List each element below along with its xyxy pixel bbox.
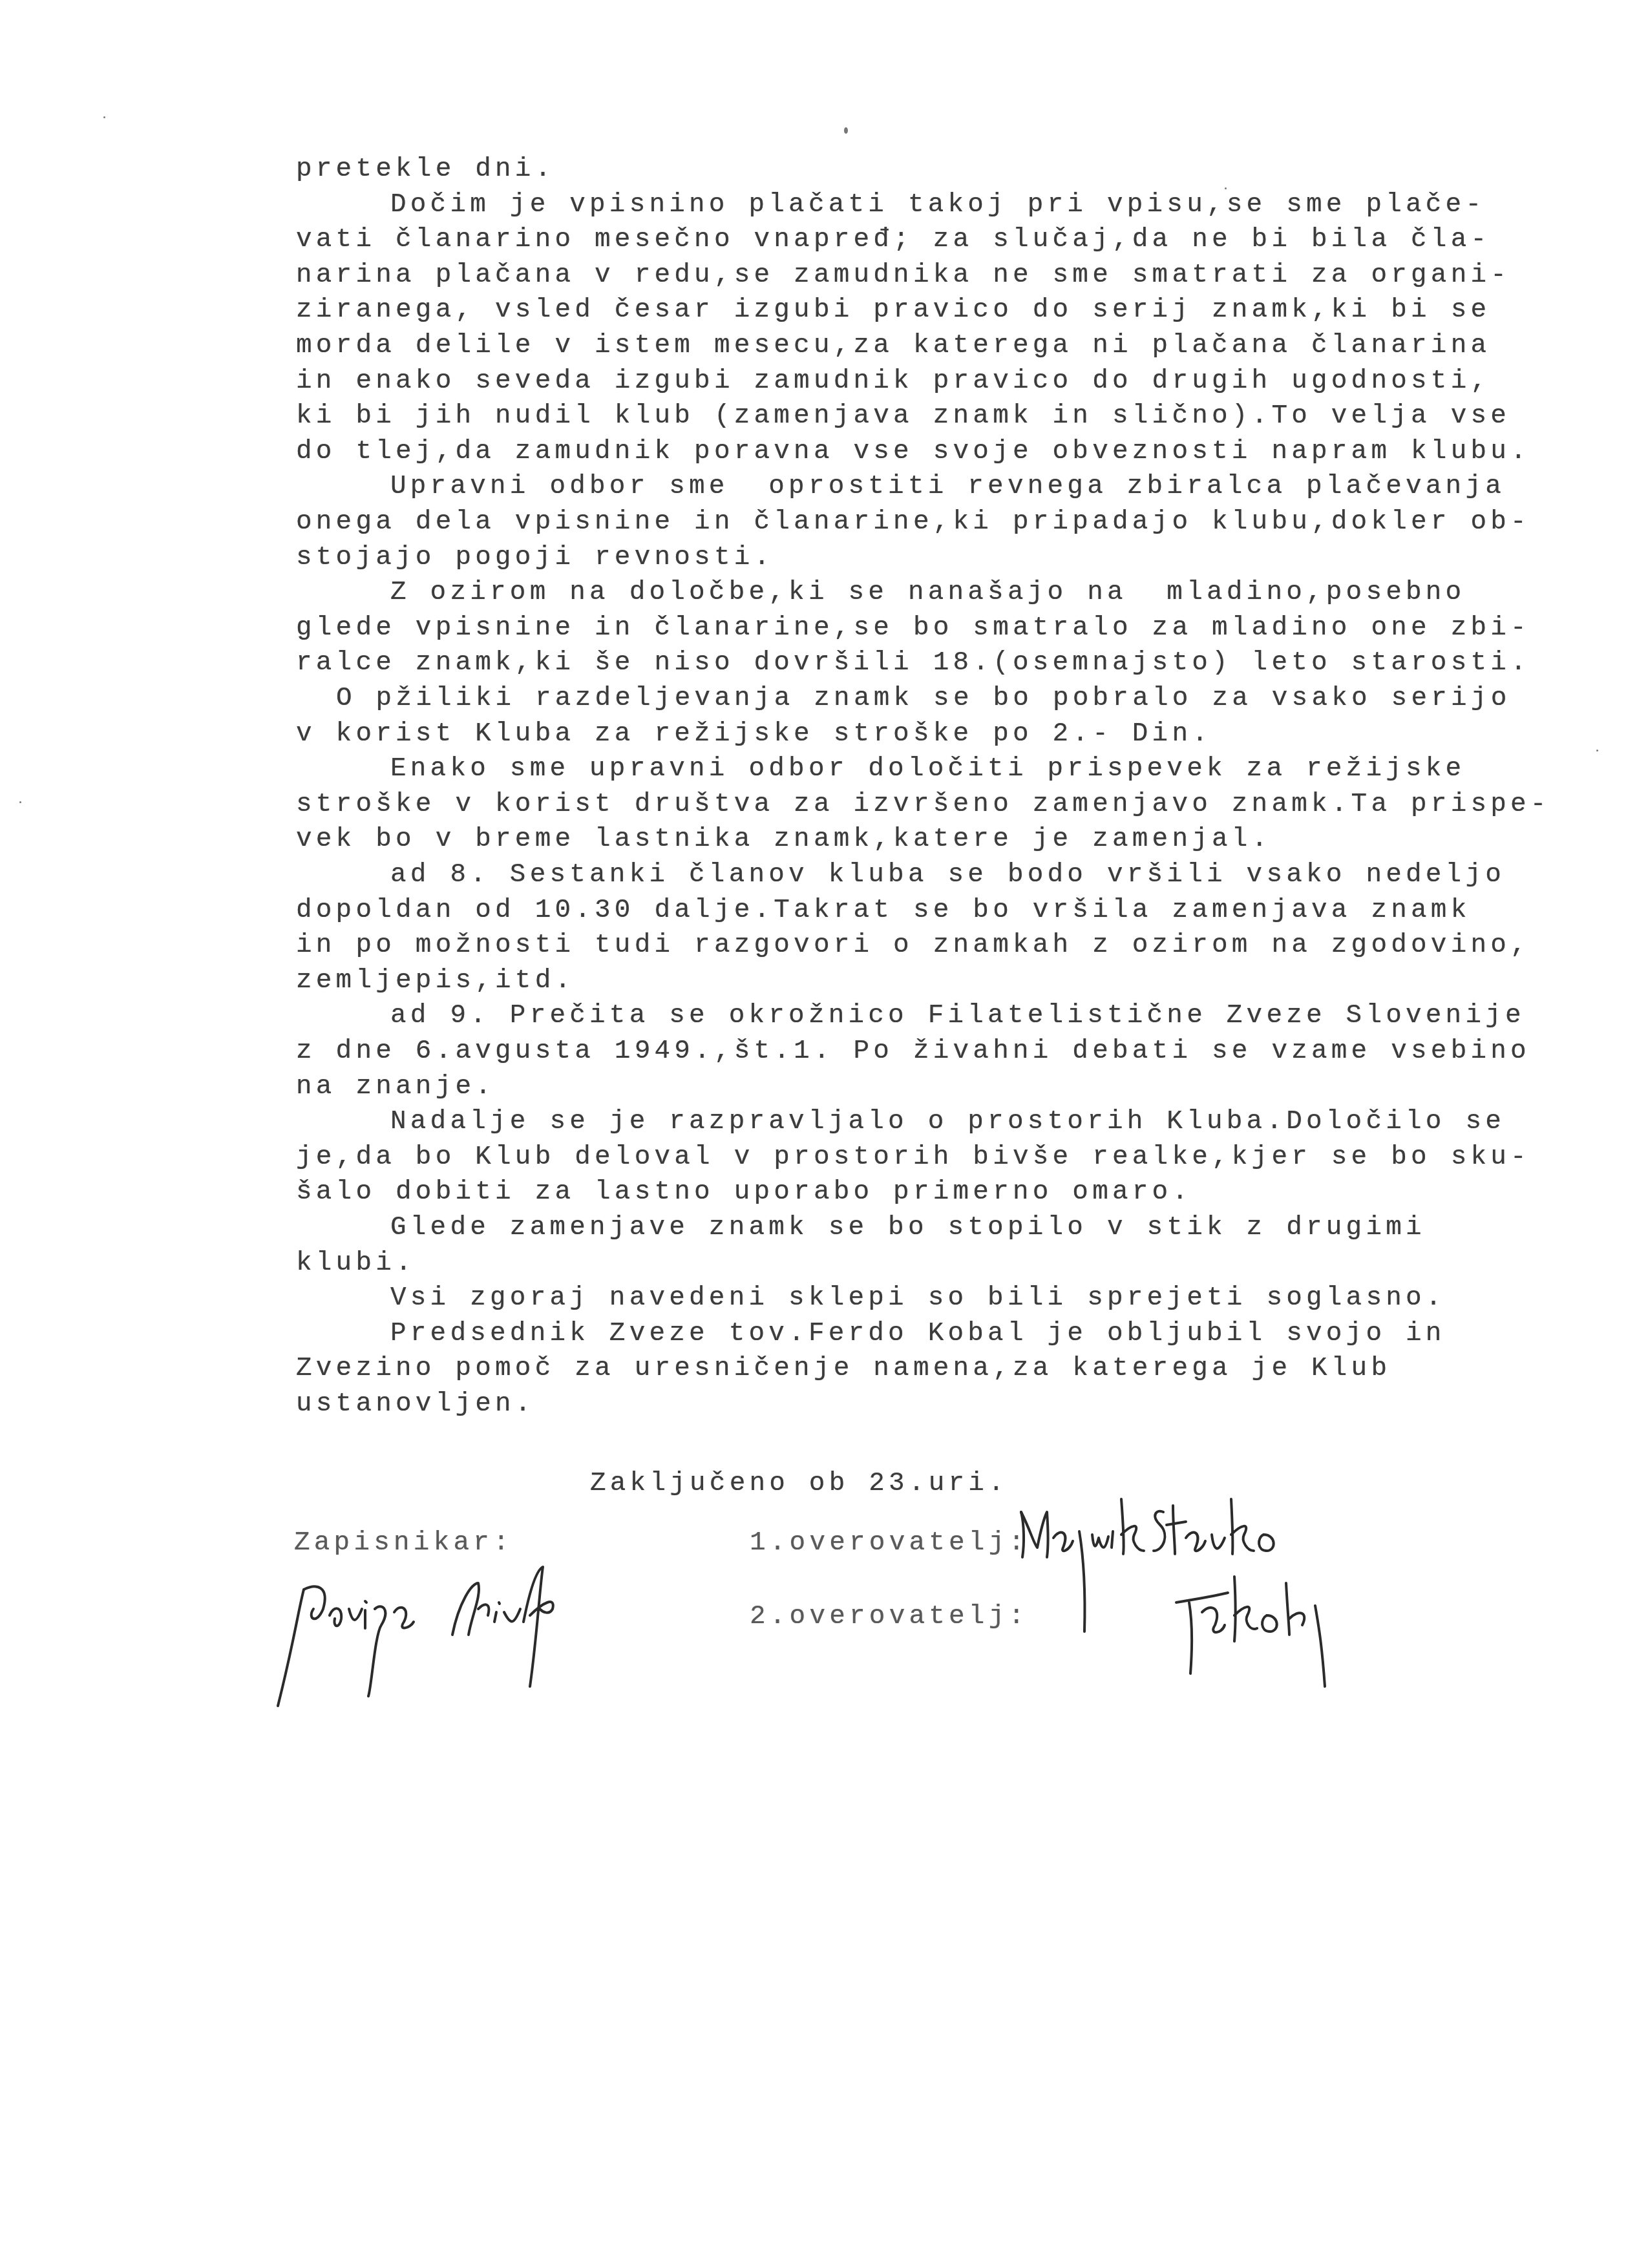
text-line: Vsi zgoraj navedeni sklepi so bili sprej… <box>390 1281 1446 1315</box>
text-line: O pžiliki razdeljevanja znamk se bo pobr… <box>336 682 1510 715</box>
scan-speck <box>1225 187 1227 189</box>
text-line: Zvezino pomoč za uresničenje namena,za k… <box>296 1352 1391 1385</box>
text-line: šalo dobiti za lastno uporabo primerno o… <box>296 1175 1192 1209</box>
text-line: Dočim je vpisnino plačati takoj pri vpis… <box>390 188 1485 222</box>
text-line: v korist Kluba za režijske stroške po 2.… <box>296 717 1212 751</box>
text-line: morda delile v istem mesecu,za katerega … <box>296 329 1490 362</box>
text-line: ralce znamk,ki še niso dovršili 18.(osem… <box>296 646 1530 680</box>
text-line: ad 9. Prečita se okrožnico Filatelističn… <box>390 999 1525 1033</box>
text-line: ziranega, vsled česar izgubi pravico do … <box>296 293 1490 327</box>
text-line: ki bi jih nudil klub (zamenjava znamk in… <box>296 399 1510 433</box>
text-line: ustanovljen. <box>296 1387 535 1421</box>
text-line: Predsednik Zveze tov.Ferdo Kobal je oblj… <box>390 1317 1446 1350</box>
recorder-label: Zapisnikar: <box>294 1526 513 1560</box>
text-line: Nadalje se je razpravljalo o prostorih K… <box>390 1105 1505 1139</box>
scan-speck <box>844 127 848 134</box>
text-line: onega dela vpisnine in članarine,ki prip… <box>296 505 1530 539</box>
text-line: ad 8. Sestanki članov kluba se bodo vrši… <box>390 858 1505 892</box>
verifier1-label: 1.overovatelj: <box>750 1526 1028 1560</box>
text-line: narina plačana v redu,se zamudnika ne sm… <box>296 258 1510 292</box>
text-line: na znanje. <box>296 1070 495 1104</box>
text-line: stroške v korist društva za izvršeno zam… <box>296 788 1550 821</box>
scan-speck <box>103 116 105 118</box>
text-line: do tlej,da zamudnik poravna vse svoje ob… <box>296 435 1530 468</box>
closing-time: Zaključeno ob 23.uri. <box>590 1467 1008 1500</box>
scan-speck <box>1596 750 1598 751</box>
scan-speck <box>19 801 21 803</box>
text-line: Z ozirom na določbe,ki se nanašajo na ml… <box>390 576 1465 609</box>
verifier2-label: 2.overovatelj: <box>750 1600 1028 1633</box>
text-line: zemljepis,itd. <box>296 964 575 998</box>
text-line: klubi. <box>296 1246 416 1280</box>
text-line: z dne 6.avgusta 1949.,št.1. Po živahni d… <box>296 1034 1530 1068</box>
recorder-signature <box>259 1564 620 1712</box>
text-line: in po možnosti tudi razgovori o znamkah … <box>296 929 1530 962</box>
text-line: Upravni odbor sme oprostiti revnega zbir… <box>390 470 1505 503</box>
text-line: vek bo v breme lastnika znamk,katere je … <box>296 823 1271 856</box>
text-line: dopoldan od 10.30 dalje.Takrat se bo vrš… <box>296 894 1470 927</box>
text-line: Enako sme upravni odbor določiti prispev… <box>390 752 1465 786</box>
text-line: pretekle dni. <box>296 152 555 186</box>
text-line: stojajo pogoji revnosti. <box>296 541 774 574</box>
text-line: Glede zamenjave znamk se bo stopilo v st… <box>390 1211 1426 1244</box>
text-line: in enako seveda izgubi zamudnik pravico … <box>296 364 1490 398</box>
text-line: vati članarino mesečno vnapređ; za sluča… <box>296 223 1490 257</box>
typewritten-page: pretekle dni. Dočim je vpisnino plačati … <box>0 0 1648 2268</box>
verifier2-signature <box>1163 1564 1377 1693</box>
text-line: glede vpisnine in članarine,se bo smatra… <box>296 611 1530 645</box>
text-line: je,da bo Klub deloval v prostorih bivše … <box>296 1140 1530 1174</box>
